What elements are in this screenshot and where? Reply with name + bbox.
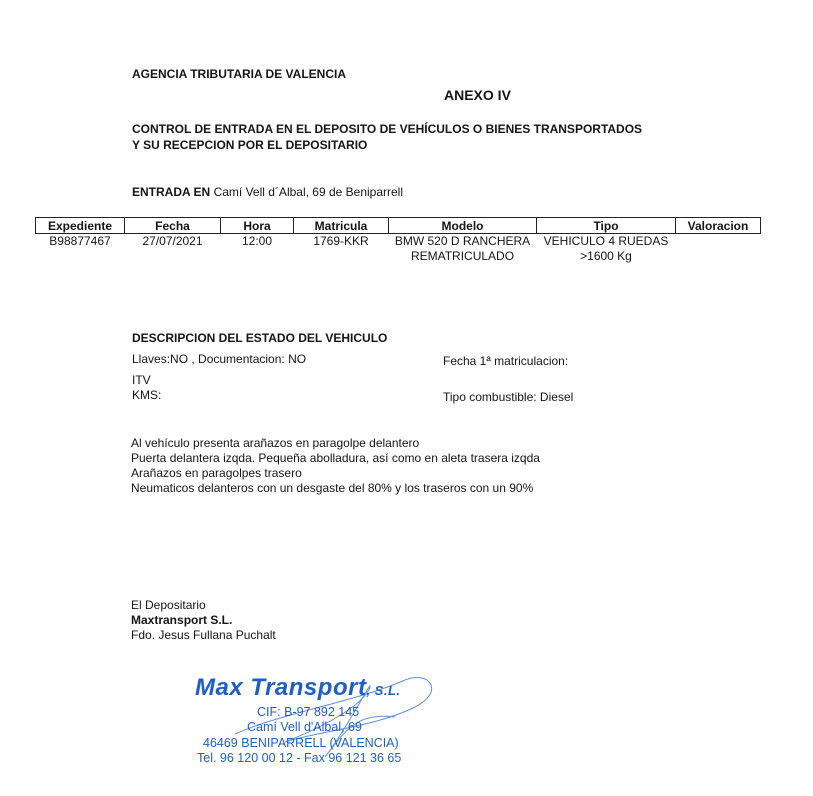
header-matricula: Matricula [294,218,389,234]
depositario-signature-name: Fdo. Jesus Fullana Puchalt [131,628,276,642]
llaves-documentacion: Llaves:NO , Documentacion: NO [132,352,306,366]
agency-name: AGENCIA TRIBUTARIA DE VALENCIA [132,67,346,81]
document-title-line1: CONTROL DE ENTRADA EN EL DEPOSITO DE VEH… [132,122,642,136]
description-line: Al vehículo presenta arañazos en paragol… [131,436,540,451]
description-line: Neumaticos delanteros con un desgaste de… [131,481,540,496]
entrada-label: ENTRADA EN [132,185,210,199]
vehicle-entry-table: Expediente Fecha Hora Matricula Modelo T… [35,217,761,264]
cell-valoracion [676,234,761,265]
modelo-line1: BMW 520 D RANCHERA [393,234,533,249]
table-row: B98877467 27/07/2021 12:00 1769-KKR BMW … [36,234,761,265]
description-line: Puerta delantera izqda. Pequeña abolladu… [131,451,540,466]
annex-title: ANEXO IV [444,87,511,103]
kms-label: KMS: [132,388,161,402]
header-modelo: Modelo [389,218,537,234]
tipo-line2: >1600 Kg [541,249,672,264]
cell-tipo: VEHICULO 4 RUEDAS >1600 Kg [537,234,676,265]
tipo-combustible: Tipo combustible: Diesel [443,390,573,404]
fecha-matriculacion: Fecha 1ª matriculacion: [443,354,568,368]
entrada-line: ENTRADA EN Camí Vell d´Albal, 69 de Beni… [132,185,403,199]
header-valoracion: Valoracion [676,218,761,234]
depositario-label: El Depositario [131,598,206,612]
description-line: Arañazos en paragolpes trasero [131,466,540,481]
estado-section-title: DESCRIPCION DEL ESTADO DEL VEHICULO [132,331,387,345]
document-title-line2: Y SU RECEPCION POR EL DEPOSITARIO [132,138,367,152]
company-stamp: Max Transport, S.L. CIF: B-97 892 145 Ca… [195,672,450,772]
signature-scribble-icon [195,672,450,772]
header-fecha: Fecha [125,218,221,234]
cell-hora: 12:00 [221,234,294,265]
cell-matricula: 1769-KKR [294,234,389,265]
modelo-line2: REMATRICULADO [393,249,533,264]
tipo-line1: VEHICULO 4 RUEDAS [541,234,672,249]
header-expediente: Expediente [36,218,125,234]
cell-expediente: B98877467 [36,234,125,265]
itv-label: ITV [132,373,151,387]
header-tipo: Tipo [537,218,676,234]
table-header-row: Expediente Fecha Hora Matricula Modelo T… [36,218,761,234]
cell-modelo: BMW 520 D RANCHERA REMATRICULADO [389,234,537,265]
damage-description: Al vehículo presenta arañazos en paragol… [131,436,540,496]
header-hora: Hora [221,218,294,234]
depositario-company: Maxtransport S.L. [131,613,232,627]
entrada-address: Camí Vell d´Albal, 69 de Beniparrell [214,185,403,199]
cell-fecha: 27/07/2021 [125,234,221,265]
